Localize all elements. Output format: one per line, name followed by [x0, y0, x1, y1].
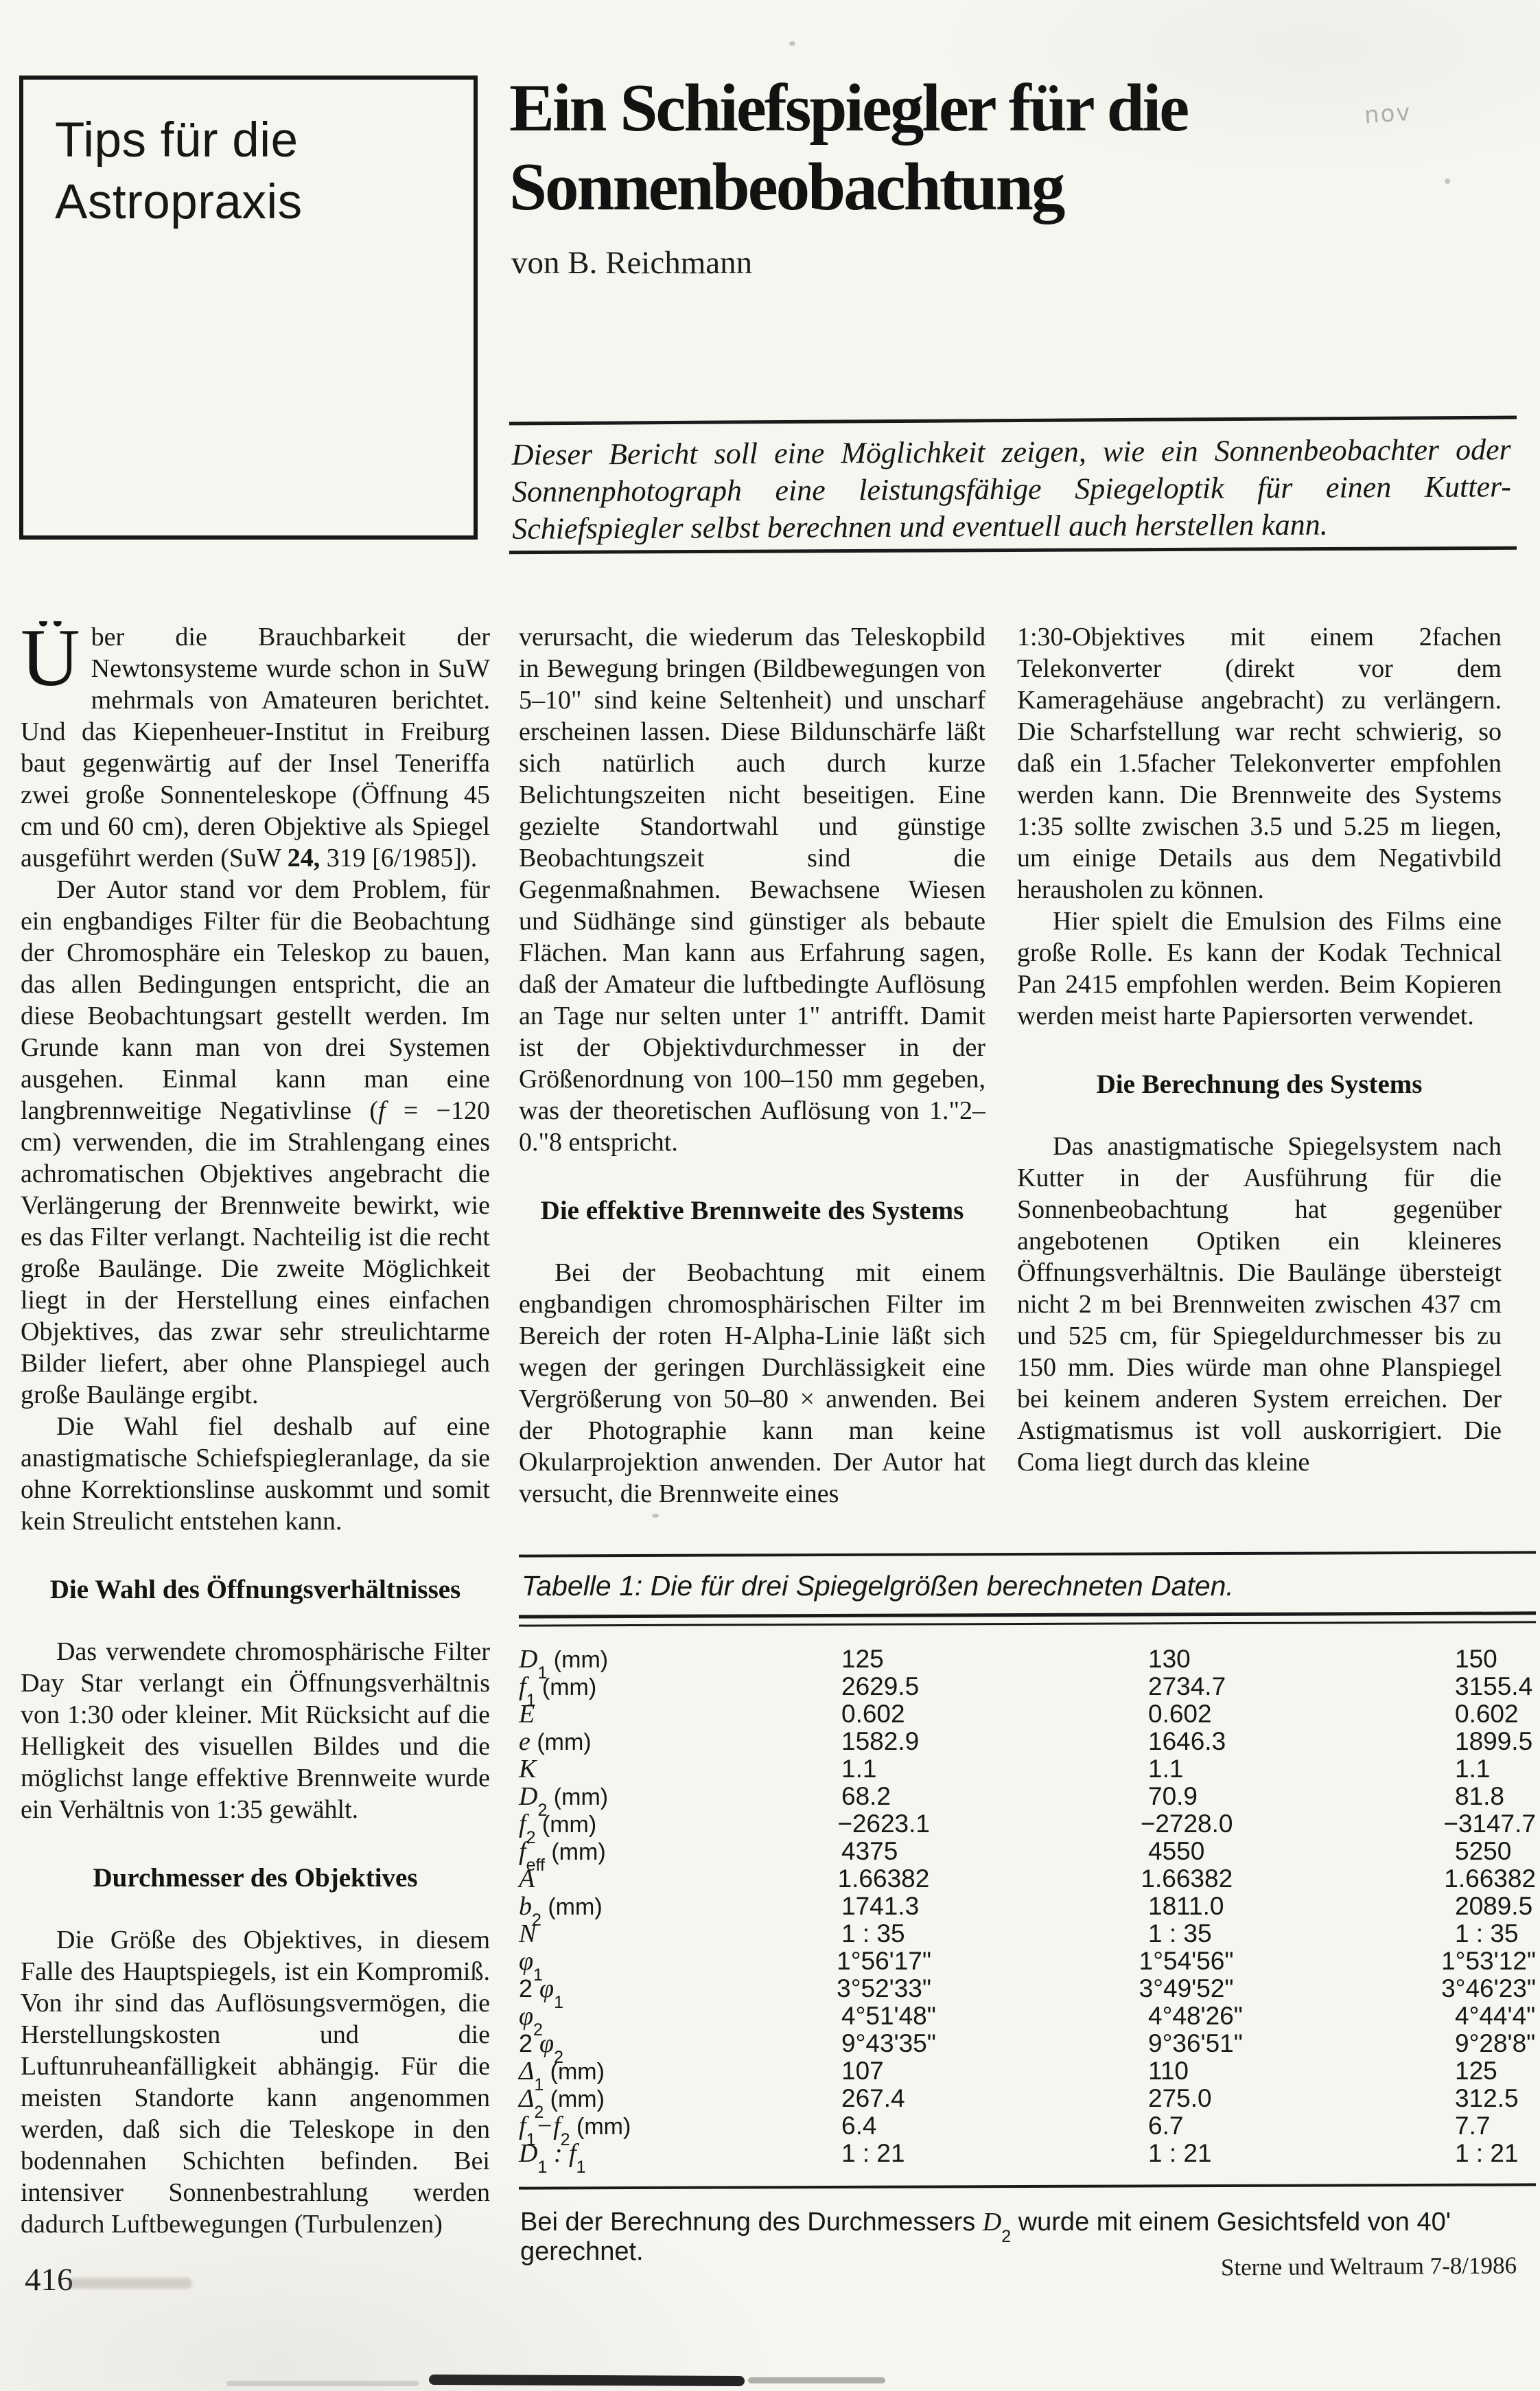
table-row: Δ2 (mm)267.4275.0312.5	[519, 2083, 1536, 2111]
scan-speck	[652, 1514, 659, 1518]
kicker-box: Tips für die Astropraxis	[19, 76, 478, 540]
cell-value: 1.66382	[838, 1864, 1141, 1893]
cell-value: 4°51'48"	[841, 2002, 1148, 2031]
cell-value: 267.4	[841, 2084, 1148, 2113]
table-row: 2 φ13°52'33"3°49'52"3°46'23"	[519, 1974, 1536, 2001]
paragraph-text: = −120 cm) verwenden, die im Strahlengan…	[21, 1096, 490, 1409]
body-column-1: Über die Brauchbarkeit der Newtonsysteme…	[21, 621, 490, 2241]
title-line1: Ein Schiefspiegler für die	[509, 69, 1511, 148]
cell-value: 1 : 35	[841, 1919, 1148, 1948]
title-line2: Sonnenbeobachtung	[509, 148, 1511, 227]
article-title: Ein Schiefspiegler für die Sonnenbeobach…	[509, 69, 1511, 227]
cell-value: 9°28'8"	[1455, 2029, 1535, 2058]
section-heading: Durchmesser des Objektives	[21, 1862, 490, 1894]
journal-footer: Sterne und Weltraum 7-8/1986	[1208, 2252, 1517, 2281]
cell-value: 1582.9	[841, 1727, 1148, 1756]
paragraph: Die Größe des Objektives, in diesem Fall…	[21, 1924, 490, 2240]
row-label: Δ2 (mm)	[519, 2083, 841, 2114]
cell-value: 0.602	[841, 1700, 1148, 1729]
bold-ref: 24,	[288, 844, 320, 873]
table-row: N1 : 351 : 351 : 35	[519, 1919, 1536, 1946]
paragraph: Das anastigmatische Spiegelsystem nach K…	[1017, 1131, 1502, 1478]
cell-value: 2629.5	[841, 1672, 1148, 1701]
row-label: 2 φ1	[519, 1974, 837, 2004]
body-column-3: 1:30-Objektives mit einem 2fachen Teleko…	[1017, 621, 1502, 1549]
table-rule-top	[519, 1551, 1536, 1557]
section-heading: Die effektive Brennweite des Systems	[519, 1195, 985, 1227]
table-row: φ11°56'17"1°54'56"1°53'12"	[519, 1946, 1536, 1974]
row-label: φ2	[519, 2001, 841, 2031]
table-rule-double	[519, 1611, 1536, 1626]
cell-value: 1°53'12"	[1441, 1947, 1536, 1976]
cell-value: 1 : 21	[841, 2139, 1148, 2168]
table-row: b2 (mm)1741.31811.02089.5	[519, 1891, 1536, 1919]
paragraph: Die Wahl fiel deshalb auf eine anastigma…	[21, 1411, 490, 1537]
table-row: feff (mm)437545505250	[519, 1836, 1536, 1864]
paragraph: Der Autor stand vor dem Problem, für ein…	[21, 874, 490, 1411]
scan-smudge	[429, 2375, 745, 2386]
cell-value: 81.8	[1455, 1782, 1504, 1811]
table-rows: D1 (mm)125130150 f1 (mm)2629.52734.73155…	[519, 1644, 1536, 2166]
cell-value: 4550	[1148, 1837, 1455, 1866]
data-table: Tabelle 1: Die für drei Spiegelgrößen be…	[519, 1553, 1536, 2267]
drop-cap: Ü	[21, 624, 80, 691]
scan-smudge	[226, 2381, 419, 2386]
kicker-line2: Astropraxis	[55, 172, 474, 233]
cell-value: 3°46'23"	[1441, 1974, 1536, 2003]
cell-value: 3°52'33"	[837, 1974, 1139, 2003]
section-heading: Die Wahl des Öffnungsverhältnisses	[21, 1574, 490, 1606]
cell-value: 68.2	[841, 1782, 1148, 1811]
row-label: Δ1 (mm)	[519, 2056, 841, 2086]
row-label: e (mm)	[519, 1726, 841, 1757]
cell-value: 4375	[841, 1837, 1148, 1866]
kicker-text: Tips für die Astropraxis	[55, 110, 474, 233]
paragraph: Hier spielt die Emulsion des Films eine …	[1017, 905, 1502, 1032]
table-row: Δ1 (mm)107110125	[519, 2056, 1536, 2083]
cell-value: 2734.7	[1148, 1672, 1455, 1701]
paragraph: Das verwendete chromosphärische Filter D…	[21, 1636, 490, 1825]
cell-value: 3155.4	[1455, 1672, 1532, 1701]
row-label: feff (mm)	[519, 1836, 841, 1867]
table-row: A1.663821.663821.66382	[519, 1864, 1536, 1891]
cell-value: 1 : 21	[1455, 2139, 1519, 2168]
cell-value: 7.7	[1455, 2112, 1490, 2140]
cell-value: 3°49'52"	[1139, 1974, 1441, 2003]
cell-value: 1646.3	[1148, 1727, 1455, 1756]
scan-speck	[1445, 178, 1450, 184]
page-number: 416	[25, 2261, 73, 2298]
cell-value: −2728.0	[1141, 1810, 1444, 1838]
cell-value: 1°56'17"	[837, 1947, 1139, 1976]
row-label: 2 φ2	[519, 2029, 841, 2059]
table-row: E0.6020.6020.602	[519, 1699, 1536, 1726]
cell-value: 130	[1148, 1645, 1455, 1674]
cell-value: 275.0	[1148, 2084, 1455, 2113]
table-row: f1 (mm)2629.52734.73155.4	[519, 1672, 1536, 1699]
cell-value: 1741.3	[841, 1892, 1148, 1921]
body-column-2: verursacht, die wiederum das Teleskopbil…	[519, 621, 985, 1549]
row-label: f1−f2 (mm)	[519, 2111, 841, 2141]
math-var: f	[378, 1096, 386, 1125]
row-label: f1 (mm)	[519, 1672, 841, 1702]
cell-value: 70.9	[1148, 1782, 1455, 1811]
table-row: f1−f2 (mm)6.46.77.7	[519, 2111, 1536, 2138]
abstract-rule-top	[509, 416, 1517, 426]
cell-value: 2089.5	[1455, 1892, 1532, 1921]
cell-value: 0.602	[1148, 1700, 1455, 1729]
cell-value: 150	[1455, 1645, 1497, 1674]
byline: von B. Reichmann	[511, 244, 752, 281]
cell-value: 5250	[1455, 1837, 1511, 1866]
paragraph-text: Der Autor stand vor dem Problem, für ein…	[21, 875, 490, 1125]
scan-smudge	[69, 2278, 192, 2289]
table-row: K1.11.11.1	[519, 1754, 1536, 1781]
cell-value: 0.602	[1455, 1700, 1519, 1729]
cell-value: 1899.5	[1455, 1727, 1532, 1756]
kicker-line1: Tips für die	[55, 110, 474, 172]
row-label: A	[519, 1864, 838, 1894]
handwritten-note: nov	[1364, 99, 1412, 130]
row-label: D2 (mm)	[519, 1781, 841, 1812]
row-label: N	[519, 1919, 841, 1949]
cell-value: 9°36'51"	[1148, 2029, 1455, 2058]
table-row: D1 (mm)125130150	[519, 1644, 1536, 1672]
table-caption: Tabelle 1: Die für drei Spiegelgrößen be…	[522, 1569, 1536, 1602]
row-label: b2 (mm)	[519, 1891, 841, 1921]
paragraph-text: ber die Brauchbarkeit der Newtonsysteme …	[21, 623, 490, 873]
paragraph-text: 319 [6/1985]).	[320, 844, 477, 873]
table-row: D1 : f11 : 211 : 211 : 21	[519, 2138, 1536, 2166]
paragraph: verursacht, die wiederum das Teleskopbil…	[519, 621, 985, 1158]
cell-value: 312.5	[1455, 2084, 1519, 2113]
abstract-rule-bottom	[509, 546, 1517, 554]
table-row: φ24°51'48"4°48'26"4°44'4"	[519, 2001, 1536, 2029]
cell-value: 1.66382	[1141, 1864, 1444, 1893]
table-row: D2 (mm)68.270.981.8	[519, 1781, 1536, 1809]
cell-value: −3147.7	[1443, 1810, 1536, 1838]
cell-value: 107	[841, 2057, 1148, 2086]
cell-value: 4°44'4"	[1455, 2002, 1535, 2031]
row-label: D1 (mm)	[519, 1644, 841, 1674]
cell-value: 125	[1455, 2057, 1497, 2086]
row-label: E	[519, 1699, 841, 1729]
cell-value: 1811.0	[1148, 1892, 1455, 1921]
cell-value: 6.4	[841, 2112, 1148, 2140]
row-label: f2 (mm)	[519, 1809, 837, 1839]
section-heading: Die Berechnung des Systems	[1017, 1069, 1502, 1100]
abstract-text: Dieser Bericht soll eine Möglichkeit zei…	[512, 431, 1512, 548]
cell-value: 125	[841, 1645, 1148, 1674]
row-label: K	[519, 1754, 841, 1784]
row-label: φ1	[519, 1946, 837, 1976]
cell-value: 9°43'35"	[841, 2029, 1148, 2058]
cell-value: 1.1	[841, 1755, 1148, 1783]
cell-value: 1 : 35	[1455, 1919, 1519, 1948]
cell-value: 1.1	[1148, 1755, 1455, 1783]
cell-value: 1.66382	[1444, 1864, 1536, 1893]
magazine-page: Tips für die Astropraxis Ein Schiefspieg…	[0, 0, 1540, 2391]
cell-value: 4°48'26"	[1148, 2002, 1455, 2031]
table-rule-bottom	[519, 2183, 1536, 2189]
paragraph: 1:30-Objektives mit einem 2fachen Teleko…	[1017, 621, 1502, 905]
table-row: f2 (mm)−2623.1−2728.0−3147.7	[519, 1809, 1536, 1836]
paragraph: Bei der Beobachtung mit einem engbandige…	[519, 1257, 985, 1510]
cell-value: 1 : 21	[1148, 2139, 1455, 2168]
cell-value: 1 : 35	[1148, 1919, 1455, 1948]
table-row: e (mm)1582.91646.31899.5	[519, 1726, 1536, 1754]
scan-smudge	[748, 2377, 885, 2383]
cell-value: 1.1	[1455, 1755, 1490, 1783]
scan-speck	[789, 41, 795, 46]
table-row: 2 φ29°43'35"9°36'51"9°28'8"	[519, 2029, 1536, 2056]
cell-value: 110	[1148, 2057, 1455, 2086]
cell-value: 6.7	[1148, 2112, 1455, 2140]
cell-value: −2623.1	[837, 1810, 1141, 1838]
cell-value: 1°54'56"	[1139, 1947, 1441, 1976]
paragraph: Über die Brauchbarkeit der Newtonsysteme…	[21, 621, 490, 874]
